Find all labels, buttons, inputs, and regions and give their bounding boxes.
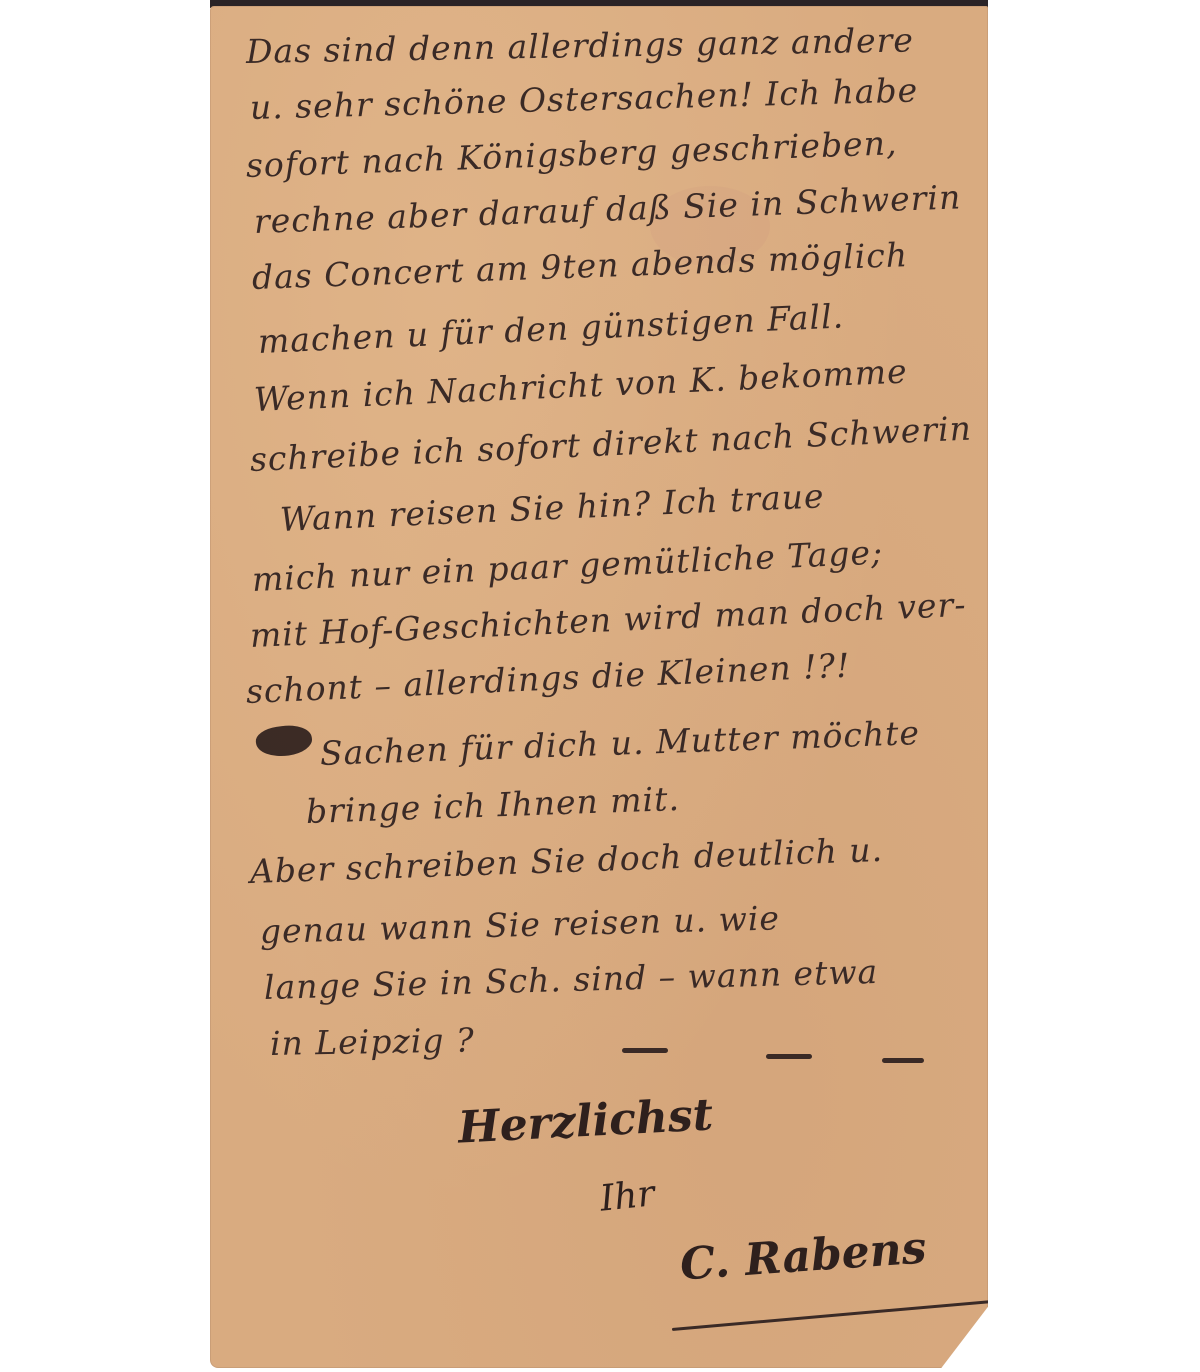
letter-line-7: Wenn ich Nachricht von K. bekomme <box>253 351 908 419</box>
letter-line-3: sofort nach Königsberg geschrieben, <box>245 123 898 186</box>
letter-line-9: Wann reisen Sie hin? Ich traue <box>279 476 825 540</box>
dash-3 <box>882 1058 924 1063</box>
letter-line-14: bringe ich Ihnen mit. <box>305 779 680 832</box>
letter-line-2: u. sehr schöne Ostersachen! Ich habe <box>249 71 918 128</box>
letter-line-17: lange Sie in Sch. sind – wann etwa <box>263 952 878 1008</box>
letter-line-12: schont – allerdings die Kleinen !?! <box>245 646 851 712</box>
letter-line-4: rechne aber darauf daß Sie in Schwerin <box>253 177 962 242</box>
letter-line-13: Sachen für dich u. Mutter möchte <box>319 713 920 774</box>
letter-line-6: machen u für den günstigen Fall. <box>257 296 845 362</box>
postcard: Das sind denn allerdings ganz andere u. … <box>210 6 988 1368</box>
signature: C. Rabens <box>679 1222 928 1290</box>
signature-underline <box>672 1300 991 1331</box>
letter-line-5: das Concert am 9ten abends möglich <box>251 235 908 298</box>
closing-ihr: Ihr <box>598 1173 657 1219</box>
dash-1 <box>622 1048 668 1053</box>
crossed-out-word <box>254 722 314 760</box>
letter-line-15: Aber schreiben Sie doch deutlich u. <box>249 830 883 892</box>
letter-line-10: mich nur ein paar gemütliche Tage; <box>251 532 884 600</box>
letter-line-16: genau wann Sie reisen u. wie <box>259 898 780 952</box>
letter-line-18: in Leipzig ? <box>270 1020 475 1064</box>
closing-greeting: Herzlichst <box>457 1089 714 1153</box>
letter-line-1: Das sind denn allerdings ganz andere <box>246 20 915 72</box>
dash-2 <box>766 1054 812 1059</box>
letter-line-8: schreibe ich sofort direkt nach Schwerin <box>249 409 973 480</box>
